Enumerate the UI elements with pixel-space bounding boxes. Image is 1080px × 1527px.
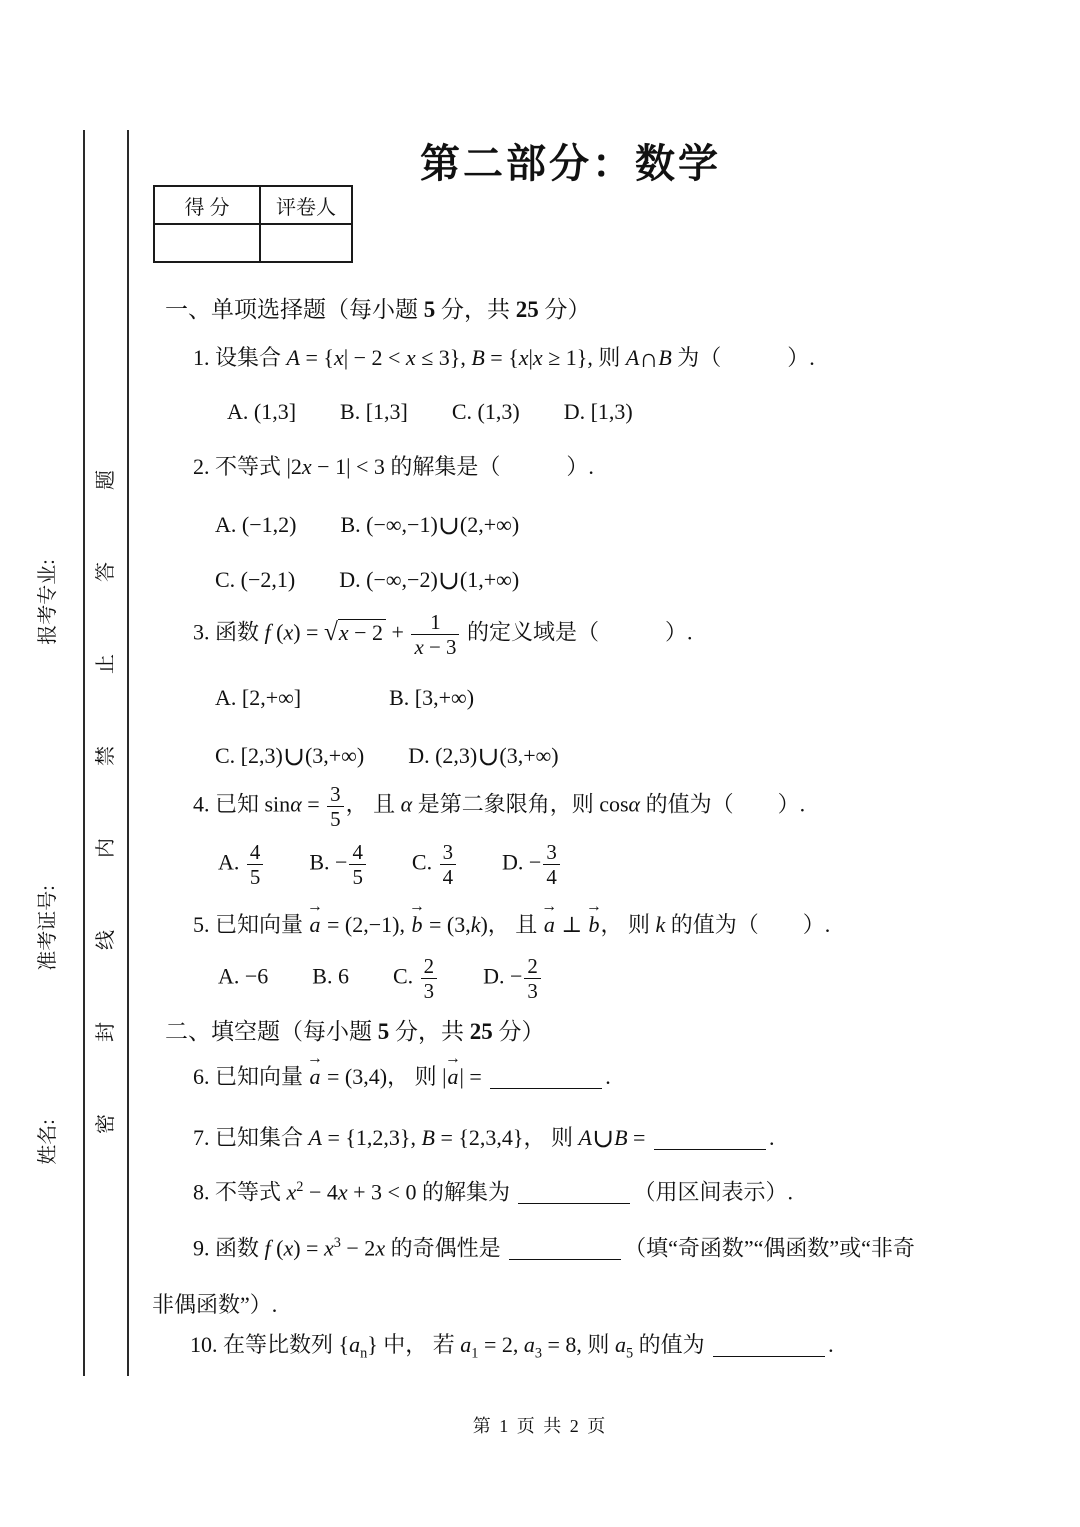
question-1: 1. 设集合 A = {x| − 2 < x ≤ 3}, B = {x|x ≥ … [193, 340, 815, 377]
seal-char-jin: 禁 [94, 744, 118, 768]
question-2: 2. 不等式 |2x − 1| < 3 的解集是（ ）. [193, 452, 594, 483]
question-2-options-cd: C. (−2,1) D. (−∞,−2)∪(1,+∞) [215, 562, 519, 599]
page-footer: 第 1 页 共 2 页 [0, 1412, 1080, 1438]
grader-header-cell: 评卷人 [260, 186, 352, 224]
question-4-options: A. 45 B. −45 C. 34 D. −34 [218, 840, 562, 889]
question-9-continued: 非偶函数”）. [152, 1290, 277, 1321]
label-ticket-number: 准考证号: [31, 868, 53, 988]
seal-char-nei: 内 [94, 836, 118, 860]
seal-char-feng: 封 [94, 1020, 118, 1044]
question-9: 9. 函数 f (x) = x3 − 2x 的奇偶性是 （填“奇函数”“偶函数”… [193, 1233, 915, 1264]
seal-char-mi: 密 [94, 1112, 118, 1136]
question-4: 4. 已知 sinα = 35， 且 α 是第二象限角，则 cosα 的值为（ … [193, 782, 805, 831]
seal-char-zhi: 止 [94, 652, 118, 676]
seal-char-da: 答 [94, 560, 118, 584]
question-5-options: A. −6 B. 6 C. 23 D. −23 [218, 954, 543, 1003]
page-title: 第二部分：数学 [420, 132, 721, 189]
question-3-options-cd: C. [2,3)∪(3,+∞) D. (2,3)∪(3,+∞) [215, 738, 559, 775]
question-7: 7. 已知集合 A = {1,2,3}, B = {2,3,4}， 则 A∪B … [193, 1120, 774, 1157]
exam-page: 报考专业: 准考证号: 姓名: 题 答 止 禁 内 线 封 密 第二部分：数学 … [0, 0, 1080, 1527]
question-6: 6. 已知向量 →a = (3,4)， 则 |→a| = . [193, 1062, 611, 1093]
question-10: 10. 在等比数列 {an} 中， 若 a1 = 2, a3 = 8, 则 a5… [190, 1330, 834, 1363]
seal-line-inner [127, 130, 129, 1376]
section-1-header: 一、单项选择题（每小题 5 分，共 25 分） [165, 294, 591, 326]
seal-line-outer [83, 130, 85, 1376]
question-2-options-ab: A. (−1,2) B. (−∞,−1)∪(2,+∞) [215, 507, 519, 544]
question-5: 5. 已知向量 →a = (2,−1), →b = (3,k)， 且 →a ⊥ … [193, 910, 830, 941]
score-empty-cell [154, 224, 260, 262]
question-3: 3. 函数 f (x) = √x − 2 + 1x − 3 的定义域是（ ）. [193, 610, 692, 659]
label-name: 姓名: [31, 1082, 53, 1202]
section-2-header: 二、填空题（每小题 5 分，共 25 分） [165, 1016, 545, 1048]
label-exam-major: 报考专业: [31, 542, 53, 662]
score-header-cell: 得 分 [154, 186, 260, 224]
seal-char-xian: 线 [94, 928, 118, 952]
question-3-options-ab: A. [2,+∞] B. [3,+∞) [215, 683, 474, 714]
grader-empty-cell [260, 224, 352, 262]
question-8: 8. 不等式 x2 − 4x + 3 < 0 的解集为 （用区间表示）. [193, 1177, 793, 1208]
score-table: 得 分 评卷人 [153, 185, 353, 263]
question-1-options: A. (1,3] B. [1,3] C. (1,3) D. [1,3) [227, 397, 633, 428]
seal-char-ti: 题 [94, 468, 118, 492]
